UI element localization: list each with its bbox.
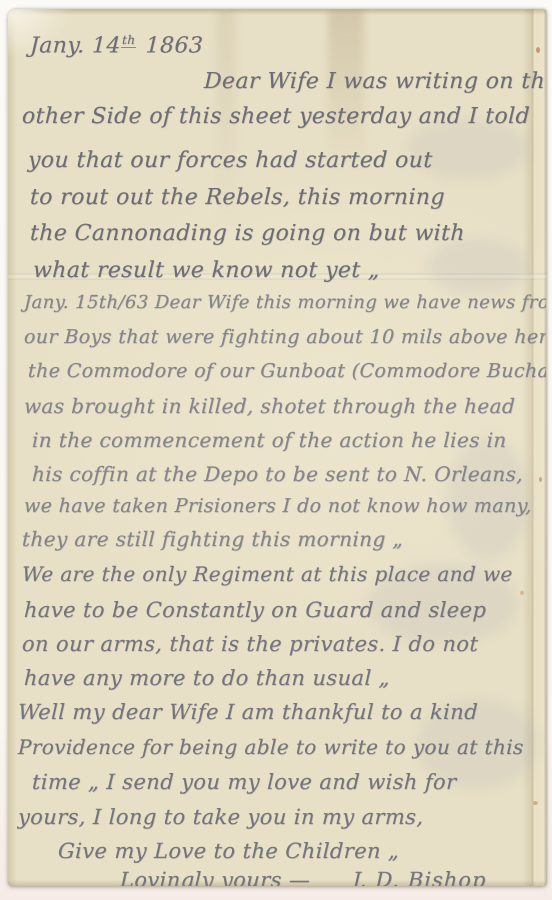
date-year: 1863 [138, 33, 204, 58]
letter-line: We are the only Regiment at this place a… [22, 562, 514, 586]
letter-line: what result we know not yet „ [33, 258, 381, 283]
letter-line: in the commencement of the action he lie… [32, 428, 508, 452]
closing-text: Lovingly yours — [120, 868, 311, 886]
signature: J. D. Bishop [352, 868, 487, 886]
letter-line: have any more to do than usual „ [24, 666, 391, 690]
date-line-jan14: Jany. 14th 1863 [30, 33, 204, 58]
letter-line: Jany. 15th/63 Dear Wife this morning we … [24, 292, 546, 313]
letter-line: Dear Wife I was writing on the [204, 69, 546, 94]
letter-line: Providence for being able to write to yo… [18, 735, 525, 759]
date-superscript: th [121, 33, 137, 48]
letter-line: the Commodore of our Gunboat (Commodore … [28, 360, 546, 382]
letter-line: you that our forces had started out [28, 148, 433, 173]
closing-line: Lovingly yours —J. D. Bishop [120, 868, 487, 886]
letter-line: his coffin at the Depo to be sent to N. … [32, 462, 524, 486]
letter-line: was brought in killed, shotet through th… [24, 394, 516, 418]
letter-line: time „ I send you my love and wish for [32, 770, 457, 794]
letter-line: have to be Constantly on Guard and sleep [24, 598, 487, 622]
letter-line: to rout out the Rebels, this morning [30, 185, 446, 210]
letter-paper: Jany. 14th 1863 Dear Wife I was writing … [8, 9, 546, 886]
letter-line: on our arms, that is the privates. I do … [22, 632, 479, 656]
letter-line: Well my dear Wife I am thankful to a kin… [18, 700, 479, 724]
date-text: Jany. 14 [30, 33, 122, 58]
letter-line: they are still fighting this morning „ [22, 527, 404, 551]
letter-line: the Cannonading is going on but with [30, 221, 466, 246]
letter-text: Jany. 14th 1863 Dear Wife I was writing … [8, 9, 546, 886]
letter-line: Give my Love to the Children „ [58, 839, 400, 863]
letter-line: yours, I long to take you in my arms, [18, 805, 424, 829]
letter-line: we have taken Prisioners I do not know h… [24, 495, 533, 517]
letter-line: other Side of this sheet yesterday and I… [22, 104, 531, 129]
letter-scan: Jany. 14th 1863 Dear Wife I was writing … [0, 0, 552, 900]
letter-line: our Boys that were fighting about 10 mil… [24, 326, 546, 348]
